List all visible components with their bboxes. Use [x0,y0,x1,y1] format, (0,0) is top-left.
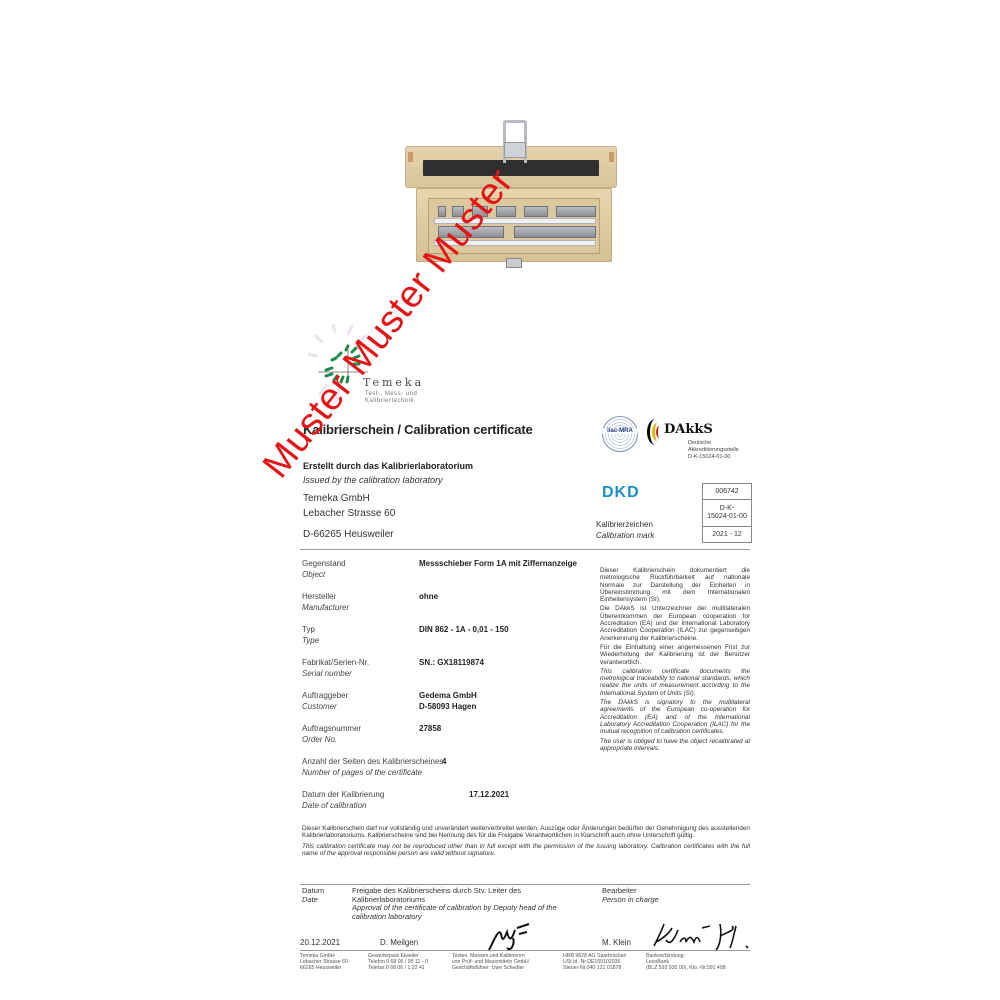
dkd-logo: DKD [602,484,640,502]
person-in-charge-name: M. Klein [602,938,631,947]
reproduction-notice: Dieser Kalibrierschein darf nur vollstän… [302,825,750,860]
person-signature-icon [650,920,760,952]
issuer-heading-en: Issued by the calibration laboratory [303,475,443,485]
divider [300,549,750,550]
calibration-mark-label: Kalibrierzeichen Calibration mark [596,519,654,541]
calibration-mark-number: 006742 [703,484,751,500]
footer-registration: HRB 9828 AG Saarbrücken USt.Id.-Nr.DE155… [563,953,626,971]
footer-contact: Gewerbepark Eiweiler Telefon 0 68 06 / 9… [368,953,428,971]
dakks-logo: DAkkS [664,422,713,437]
footer-business: Testen, Messen und Kalibrieren von Prüf-… [452,953,529,971]
date-label: Datum Date [302,887,324,904]
issuer-city: D-66265 Heusweiler [303,529,394,540]
calibration-mark-box: 006742 D-K- 15024-01-00 2021 - 12 [702,483,752,543]
person-in-charge-label: Bearbeiter Person in charge [602,887,659,904]
calibration-mark-period: 2021 - 12 [703,527,751,542]
accreditation-logos: ilac-MRA DAkkS Deutsche Akkreditierungss… [602,414,772,462]
calibration-mark-lab-id: D-K- 15024-01-00 [703,500,751,527]
logo-tagline: Test-, Mess- und Kalibriertechnik [365,391,417,405]
divider [300,950,750,951]
traceability-info: Dieser Kalibrierschein dokumentiert die … [600,567,750,754]
issuer-address: Temeka GmbH Lebacher Strasse 60 [303,491,395,521]
approver-signature-icon [485,920,535,952]
footer-company: Temeka GmbH Lebacher Strasse 60 66265 He… [300,953,348,971]
ilac-mra-logo: ilac-MRA [602,416,638,452]
dakks-subtitle: Deutsche Akkreditierungsstelle D-K-15024… [688,440,739,461]
calibration-certificate: Temeka Test-, Mess- und Kalibriertechnik… [300,320,770,985]
approval-label: Freigabe des Kalibrierscheins durch Stv.… [352,887,592,921]
footer-bank: Bankverbindung: LevoBank (BLZ 593 930 00… [646,953,726,971]
issuer-heading-de: Erstellt durch das Kalibrierlaboratorium [303,461,473,471]
approval-date: 20.12.2021 [300,938,340,947]
approver-name: D. Meilgen [380,938,418,947]
divider [300,884,750,885]
